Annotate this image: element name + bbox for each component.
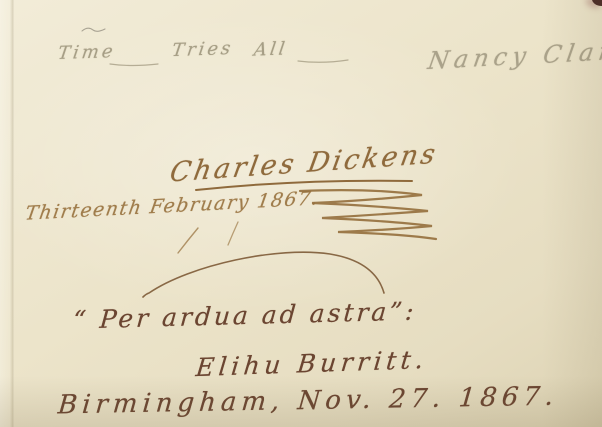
pencil-tail-after-time	[110, 64, 158, 66]
date-descender-stroke-2	[228, 222, 238, 245]
dickens-underline	[196, 181, 412, 190]
pencil-tail-after-all	[298, 60, 348, 62]
pencil-squiggle-mark	[82, 28, 105, 31]
handwriting-strokes	[0, 0, 602, 427]
separator-flourish-curve	[143, 252, 384, 297]
autograph-album-page: Time Tries All Nancy Clar Charles Dicken…	[0, 0, 602, 427]
dickens-flourish	[300, 190, 436, 239]
date-descender-stroke-1	[178, 228, 198, 253]
